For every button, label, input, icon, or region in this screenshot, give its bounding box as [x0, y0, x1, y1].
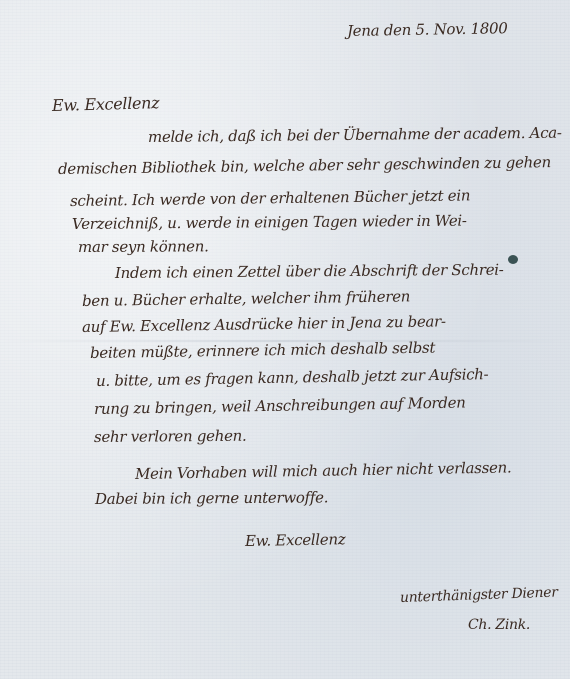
paragraph-3-line-2: Dabei bin ich gerne unterwoffe.	[95, 488, 328, 508]
paragraph-2-line-5: u. bitte, um es fragen kann, deshalb jet…	[96, 365, 489, 390]
paragraph-1-line-3: scheint. Ich werde von der erhaltenen Bü…	[70, 186, 470, 210]
paragraph-1-line-1: melde ich, daß ich bei der Übernahme der…	[148, 124, 562, 146]
paragraph-1-line-4: Verzeichniß, u. werde in einigen Tagen w…	[72, 212, 467, 233]
paragraph-2-line-2: ben u. Bücher erhalte, welcher ihm frühe…	[82, 287, 410, 310]
paragraph-2-line-4: beiten müßte, erinnere ich mich deshalb …	[90, 339, 435, 362]
paragraph-2-line-1: Indem ich einen Zettel über die Abschrif…	[115, 261, 504, 282]
ink-blot	[508, 255, 518, 264]
paragraph-1-line-5: mar seyn können.	[78, 237, 209, 256]
closing-address: Ew. Excellenz	[245, 530, 346, 550]
paragraph-2-line-3: auf Ew. Excellenz Ausdrücke hier in Jena…	[82, 312, 446, 336]
paragraph-3-line-1: Mein Vorhaben will mich auch hier nicht …	[135, 458, 512, 483]
complimentary-close: unterthänigster Diener	[400, 585, 558, 606]
signature: Ch. Zink.	[468, 617, 530, 633]
paragraph-1-line-2: demischen Bibliothek bin, welche aber se…	[58, 153, 551, 178]
paragraph-2-line-6: rung zu bringen, weil Anschreibungen auf…	[94, 394, 466, 418]
date-line: Jena den 5. Nov. 1800	[347, 19, 508, 40]
salutation: Ew. Excellenz	[52, 93, 160, 115]
letter-page: Jena den 5. Nov. 1800 Ew. Excellenz meld…	[0, 0, 570, 679]
paragraph-2-line-7: sehr verloren gehen.	[94, 427, 247, 446]
